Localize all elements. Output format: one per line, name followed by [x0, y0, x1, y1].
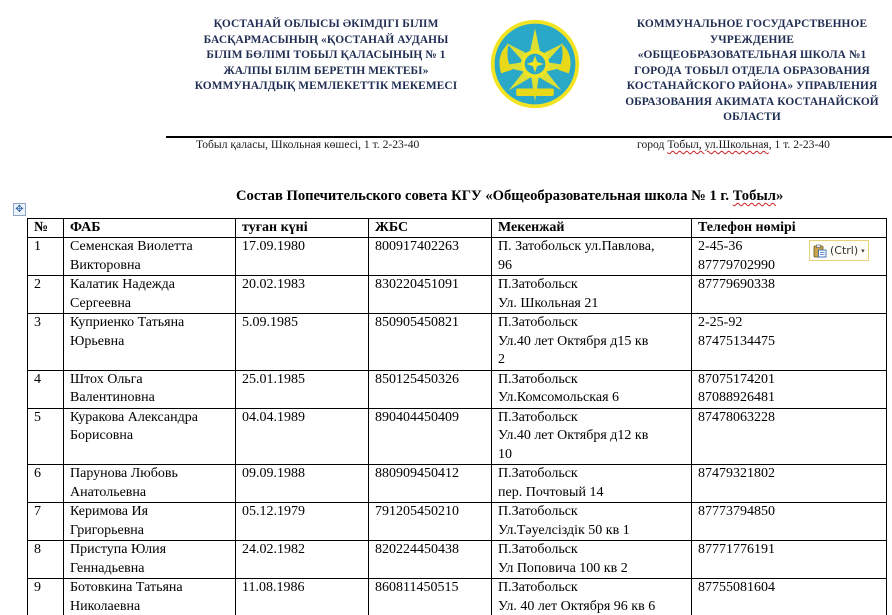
clipboard-paste-icon — [813, 244, 827, 258]
cell-phone[interactable]: 87779690338 — [692, 276, 887, 314]
cell-iin[interactable]: 800917402263 — [369, 238, 492, 276]
cell-text-line: Ул.Комсомольская 6 — [498, 389, 687, 408]
cell-text-line: Геннадьевна — [70, 560, 231, 579]
cell-text: 17.09.1980 — [242, 238, 364, 257]
address-kazakh: Тобыл қаласы, Школьная көшесі, 1 т. 2-23… — [196, 138, 419, 151]
cell-text: 2 — [34, 276, 59, 295]
cell-text-line: Ул. Школьная 21 — [498, 295, 687, 314]
cell-number[interactable]: 1 — [28, 238, 64, 276]
header-col-iin: ЖБС — [369, 219, 492, 238]
cell-text: 820224450438 — [375, 541, 487, 560]
cell-text-line: П.Затобольск — [498, 579, 687, 598]
state-emblem-icon — [488, 17, 582, 111]
cell-iin[interactable]: 850905450821 — [369, 314, 492, 371]
cell-text-line: 87771776191 — [698, 541, 882, 560]
letterhead-line: КОСТАНАЙСКОГО РАЙОНА» УПРАВЛЕНИЯ — [592, 79, 892, 95]
cell-text: 3 — [34, 314, 59, 333]
cell-birth-date[interactable]: 05.12.1979 — [236, 503, 369, 541]
letterhead-line: БАСҚАРМАСЫНЫҢ «ҚОСТАНАЙ АУДАНЫ — [160, 33, 492, 49]
table-header-row: №ФАБтуған күніЖБСМекенжайТелефон нөмірі — [28, 219, 887, 238]
letterhead-line: ОБРАЗОВАНИЯ АКИМАТА КОСТАНАЙСКОЙ — [592, 95, 892, 111]
cell-text-line: Ботовкина Татьяна — [70, 579, 231, 598]
cell-text-line: П.Затобольск — [498, 465, 687, 484]
cell-text-line: Калатик Надежда — [70, 276, 231, 295]
table-row: 1Семенская ВиолеттаВикторовна17.09.19808… — [28, 238, 887, 276]
cell-address[interactable]: П.ЗатобольскУл.40 лет Октября д12 кв10 — [492, 408, 692, 465]
cell-full-name[interactable]: Куракова АлександраБорисовна — [64, 408, 236, 465]
cell-iin[interactable]: 880909450412 — [369, 465, 492, 503]
cell-text: 04.04.1989 — [242, 409, 364, 428]
table-row: 8Приступа ЮлияГеннадьевна24.02.198282022… — [28, 541, 887, 579]
cell-phone[interactable]: 2-25-9287475134475 — [692, 314, 887, 371]
cell-phone[interactable]: 87771776191 — [692, 541, 887, 579]
cell-text: 5.09.1985 — [242, 314, 364, 333]
cell-address[interactable]: П.Затобольскпер. Почтовый 14 — [492, 465, 692, 503]
cell-text: 25.01.1985 — [242, 371, 364, 390]
cell-text-line: 87478063228 — [698, 409, 882, 428]
cell-number[interactable]: 6 — [28, 465, 64, 503]
letterhead-line: «ОБЩЕОБРАЗОВАТЕЛЬНАЯ ШКОЛА №1 — [592, 48, 892, 64]
letterhead-line: БІЛІМ БӨЛІМІ ТОБЫЛ ҚАЛАСЫНЫҢ № 1 — [160, 48, 492, 64]
table-row: 5Куракова АлександраБорисовна04.04.19898… — [28, 408, 887, 465]
cell-phone[interactable]: 8707517420187088926481 — [692, 370, 887, 408]
cell-text: 24.02.1982 — [242, 541, 364, 560]
cell-text-line: П.Затобольск — [498, 503, 687, 522]
cell-birth-date[interactable]: 25.01.1985 — [236, 370, 369, 408]
cell-text-line: Ул. 40 лет Октября 96 кв 6 — [498, 598, 687, 615]
cell-birth-date[interactable]: 09.09.1988 — [236, 465, 369, 503]
cell-text-line: Приступа Юлия — [70, 541, 231, 560]
cell-phone[interactable]: 87478063228 — [692, 408, 887, 465]
spellcheck-flagged-text[interactable]: Тобыл, ул.Школьная — [667, 138, 768, 151]
cell-address[interactable]: П.ЗатобольскУл. 40 лет Октября 96 кв 6 — [492, 579, 692, 615]
address-russian: город Тобыл, ул.Школьная, 1 т. 2-23-40 — [637, 138, 830, 151]
cell-text: 8 — [34, 541, 59, 560]
cell-text-line: 87755081604 — [698, 579, 882, 598]
cell-text-line: Ул.Тәуелсіздік 50 кв 1 — [498, 522, 687, 541]
cell-text: 850905450821 — [375, 314, 487, 333]
cell-number[interactable]: 9 — [28, 579, 64, 615]
cell-text-line: 87475134475 — [698, 333, 882, 352]
letterhead-line: ОБЛАСТИ — [592, 110, 892, 126]
cell-text-line: Юрьевна — [70, 333, 231, 352]
cell-text: 09.09.1988 — [242, 465, 364, 484]
cell-full-name[interactable]: Ботовкина ТатьянаНиколаевна — [64, 579, 236, 615]
cell-text-line: 87479321802 — [698, 465, 882, 484]
cell-number[interactable]: 4 — [28, 370, 64, 408]
paste-options-button[interactable]: (Ctrl) ▾ — [809, 240, 869, 261]
cell-text-line: Парунова Любовь — [70, 465, 231, 484]
letterhead-line: КОММУНАЛДЫҚ МЕМЛЕКЕТТІК МЕКЕМЕСІ — [160, 79, 492, 95]
cell-text-line: Керимова Ия — [70, 503, 231, 522]
header-col-phone: Телефон нөмірі — [692, 219, 887, 238]
cell-text-line: 10 — [498, 446, 687, 465]
cell-text-line: Викторовна — [70, 257, 231, 276]
letterhead-kazakh: ҚОСТАНАЙ ОБЛЫСЫ ӘКІМДІГІ БІЛІМБАСҚАРМАСЫ… — [160, 17, 492, 95]
cell-text-line: П.Затобольск — [498, 314, 687, 333]
cell-text-line: Штох Ольга — [70, 371, 231, 390]
cell-text-line: 96 — [498, 257, 687, 276]
cell-text-line: Сергеевна — [70, 295, 231, 314]
cell-text: 830220451091 — [375, 276, 487, 295]
cell-birth-date[interactable]: 5.09.1985 — [236, 314, 369, 371]
header-col-number: № — [28, 219, 64, 238]
move-table-icon[interactable]: ✥ — [13, 203, 26, 216]
cell-text: 9 — [34, 579, 59, 598]
cell-number[interactable]: 3 — [28, 314, 64, 371]
document-title-end: » — [776, 188, 783, 204]
cell-text: 800917402263 — [375, 238, 487, 257]
cell-text-line: П.Затобольск — [498, 276, 687, 295]
cell-text-line: Анатольевна — [70, 484, 231, 503]
cell-birth-date[interactable]: 11.08.1986 — [236, 579, 369, 615]
table-row: 9Ботовкина ТатьянаНиколаевна11.08.198686… — [28, 579, 887, 615]
table-row: 7Керимова ИяГригорьевна05.12.19797912054… — [28, 503, 887, 541]
cell-text-line: 87773794850 — [698, 503, 882, 522]
cell-text-line: Куприенко Татьяна — [70, 314, 231, 333]
cell-text: 4 — [34, 371, 59, 390]
cell-phone[interactable]: 87773794850 — [692, 503, 887, 541]
cell-address[interactable]: П.ЗатобольскУл.Комсомольская 6 — [492, 370, 692, 408]
cell-text: 7 — [34, 503, 59, 522]
cell-full-name[interactable]: Парунова ЛюбовьАнатольевна — [64, 465, 236, 503]
cell-text: 791205450210 — [375, 503, 487, 522]
cell-number[interactable]: 7 — [28, 503, 64, 541]
cell-address[interactable]: П.ЗатобольскУл. Школьная 21 — [492, 276, 692, 314]
cell-iin[interactable]: 820224450438 — [369, 541, 492, 579]
cell-full-name[interactable]: Калатик НадеждаСергеевна — [64, 276, 236, 314]
cell-address[interactable]: П.ЗатобольскУл Поповича 100 кв 2 — [492, 541, 692, 579]
cell-birth-date[interactable]: 20.02.1983 — [236, 276, 369, 314]
table-row: 2Калатик НадеждаСергеевна20.02.198383022… — [28, 276, 887, 314]
cell-address[interactable]: П.ЗатобольскУл.40 лет Октября д15 кв2 — [492, 314, 692, 371]
cell-text: 20.02.1983 — [242, 276, 364, 295]
cell-text-line: 87075174201 — [698, 371, 882, 390]
address-russian-prefix: город — [637, 138, 667, 151]
cell-text-line: Валентиновна — [70, 389, 231, 408]
cell-text-line: П.Затобольск — [498, 371, 687, 390]
letterhead-line: ГОРОДА ТОБЫЛ ОТДЕЛА ОБРАЗОВАНИЯ — [592, 64, 892, 80]
cell-address[interactable]: П. Затобольск ул.Павлова,96 — [492, 238, 692, 276]
cell-number[interactable]: 5 — [28, 408, 64, 465]
letterhead-line: ЖАЛПЫ БІЛІМ БЕРЕТІН МЕКТЕБІ» — [160, 64, 492, 80]
cell-iin[interactable]: 850125450326 — [369, 370, 492, 408]
cell-text-line: П. Затобольск ул.Павлова, — [498, 238, 687, 257]
cell-iin[interactable]: 791205450210 — [369, 503, 492, 541]
cell-text: 5 — [34, 409, 59, 428]
header-col-full-name: ФАБ — [64, 219, 236, 238]
cell-address[interactable]: П.ЗатобольскУл.Тәуелсіздік 50 кв 1 — [492, 503, 692, 541]
cell-text: 880909450412 — [375, 465, 487, 484]
cell-text-line: П.Затобольск — [498, 541, 687, 560]
cell-text: 890404450409 — [375, 409, 487, 428]
cell-text-line: Ул Поповича 100 кв 2 — [498, 560, 687, 579]
cell-birth-date[interactable]: 17.09.1980 — [236, 238, 369, 276]
cell-iin[interactable]: 860811450515 — [369, 579, 492, 615]
table-row: 4Штох ОльгаВалентиновна25.01.19858501254… — [28, 370, 887, 408]
cell-phone[interactable]: 87755081604 — [692, 579, 887, 615]
cell-number[interactable]: 8 — [28, 541, 64, 579]
cell-text-line: Куракова Александра — [70, 409, 231, 428]
spellcheck-flagged-text[interactable]: Тобыл — [733, 188, 776, 204]
letterhead-line: УЧРЕЖДЕНИЕ — [592, 33, 892, 49]
cell-text-line: Николаевна — [70, 598, 231, 615]
cell-text-line: 87088926481 — [698, 389, 882, 408]
cell-birth-date[interactable]: 04.04.1989 — [236, 408, 369, 465]
cell-text: 11.08.1986 — [242, 579, 364, 598]
cell-text-line: Борисовна — [70, 427, 231, 446]
cell-iin[interactable]: 830220451091 — [369, 276, 492, 314]
letterhead-line: КОММУНАЛЬНОЕ ГОСУДАРСТВЕННОЕ — [592, 17, 892, 33]
table-row: 3Куприенко ТатьянаЮрьевна5.09.1985850905… — [28, 314, 887, 371]
cell-phone[interactable]: 87479321802 — [692, 465, 887, 503]
cell-text-line: пер. Почтовый 14 — [498, 484, 687, 503]
cell-number[interactable]: 2 — [28, 276, 64, 314]
cell-text-line: Григорьевна — [70, 522, 231, 541]
address-russian-suffix: , 1 т. 2-23-40 — [769, 138, 830, 151]
cell-text: 1 — [34, 238, 59, 257]
cell-full-name[interactable]: Куприенко ТатьянаЮрьевна — [64, 314, 236, 371]
cell-text-line: 87779690338 — [698, 276, 882, 295]
cell-text-line: 2 — [498, 351, 687, 370]
cell-text-line: Семенская Виолетта — [70, 238, 231, 257]
letterhead-russian: КОММУНАЛЬНОЕ ГОСУДАРСТВЕННОЕУЧРЕЖДЕНИЕ«О… — [592, 17, 892, 126]
cell-birth-date[interactable]: 24.02.1982 — [236, 541, 369, 579]
cell-full-name[interactable]: Приступа ЮлияГеннадьевна — [64, 541, 236, 579]
cell-text-line: П.Затобольск — [498, 409, 687, 428]
cell-full-name[interactable]: Керимова ИяГригорьевна — [64, 503, 236, 541]
cell-text-line: Ул.40 лет Октября д12 кв — [498, 427, 687, 446]
council-members-table: №ФАБтуған күніЖБСМекенжайТелефон нөмірі … — [27, 218, 887, 615]
paste-options-label: (Ctrl) — [830, 244, 858, 257]
cell-text: 05.12.1979 — [242, 503, 364, 522]
cell-full-name[interactable]: Семенская ВиолеттаВикторовна — [64, 238, 236, 276]
header-col-birth-date: туған күні — [236, 219, 369, 238]
letterhead-line: ҚОСТАНАЙ ОБЛЫСЫ ӘКІМДІГІ БІЛІМ — [160, 17, 492, 33]
document-title-text: Состав Попечительского совета КГУ «Общео… — [236, 188, 733, 204]
cell-text-line: Ул.40 лет Октября д15 кв — [498, 333, 687, 352]
cell-text-line: 2-25-92 — [698, 314, 882, 333]
cell-full-name[interactable]: Штох ОльгаВалентиновна — [64, 370, 236, 408]
cell-text: 850125450326 — [375, 371, 487, 390]
chevron-down-icon: ▾ — [861, 247, 865, 255]
document-title: Состав Попечительского совета КГУ «Общео… — [236, 188, 783, 205]
header-col-address: Мекенжай — [492, 219, 692, 238]
table-row: 6Парунова ЛюбовьАнатольевна09.09.1988880… — [28, 465, 887, 503]
cell-text: 860811450515 — [375, 579, 487, 598]
cell-text: 6 — [34, 465, 59, 484]
cell-iin[interactable]: 890404450409 — [369, 408, 492, 465]
